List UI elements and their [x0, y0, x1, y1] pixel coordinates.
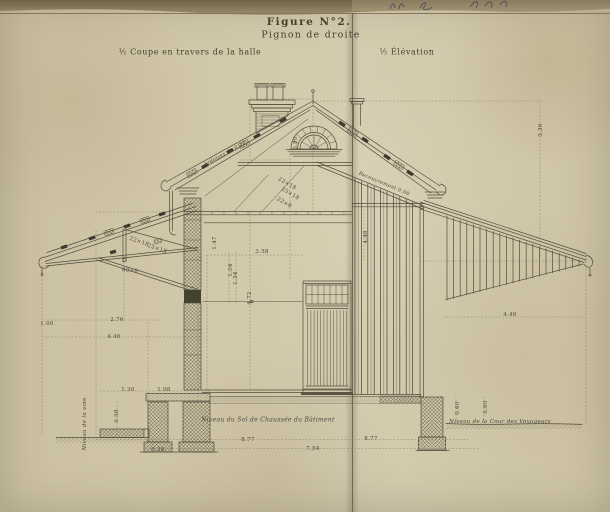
dimension-label: 3.36	[538, 123, 544, 136]
dimension-label: 22×8	[275, 196, 292, 209]
dimension-label: 1.00	[40, 321, 53, 327]
dimension-label: 4.46	[107, 334, 120, 340]
dimension-label: 7.54	[306, 446, 319, 452]
dimension-label: 25×18	[147, 243, 168, 255]
dimension-label: 1.08	[157, 387, 170, 393]
dimension-label: 0.60	[483, 400, 489, 413]
dimension-label: 4.72	[247, 291, 253, 304]
dimension-label: 0.58	[114, 409, 120, 422]
dimension-label: 0.60	[455, 401, 461, 414]
dimension-label: 3.58	[255, 249, 268, 255]
drawing-sheet: Figure N°2. Pignon de droite ½ Coupe en …	[0, 0, 610, 512]
dimension-label: 8.77	[241, 437, 254, 443]
dimension-label: 4.48	[363, 230, 369, 243]
dimension-label: 1.34	[233, 271, 239, 284]
dimension-label: 8.77	[364, 436, 377, 442]
note-slates: Ardoises de 0.32	[203, 140, 247, 168]
level-street: Niveau de la voie	[82, 397, 88, 450]
dimension-label: 0.38	[151, 447, 164, 453]
dimension-label: 1.30	[121, 387, 134, 393]
dimension-label: 2.76	[110, 317, 123, 323]
level-courtyard: Niveau de la Cour des Voyageurs	[449, 419, 551, 425]
annotation-layer: 1.002.764.4622×1825×1880×822×1825×1822×8…	[0, 0, 610, 512]
dimension-label: 0.90	[293, 136, 299, 149]
note-overlap: Recouvrement 0.08	[358, 171, 411, 198]
dimension-label: 4.46	[503, 312, 516, 318]
level-building-floor: Niveau du Sol de Chaussée du Bâtiment	[201, 417, 335, 424]
dimension-label: 80×8	[122, 267, 139, 275]
dimension-label: 1.47	[212, 236, 218, 249]
